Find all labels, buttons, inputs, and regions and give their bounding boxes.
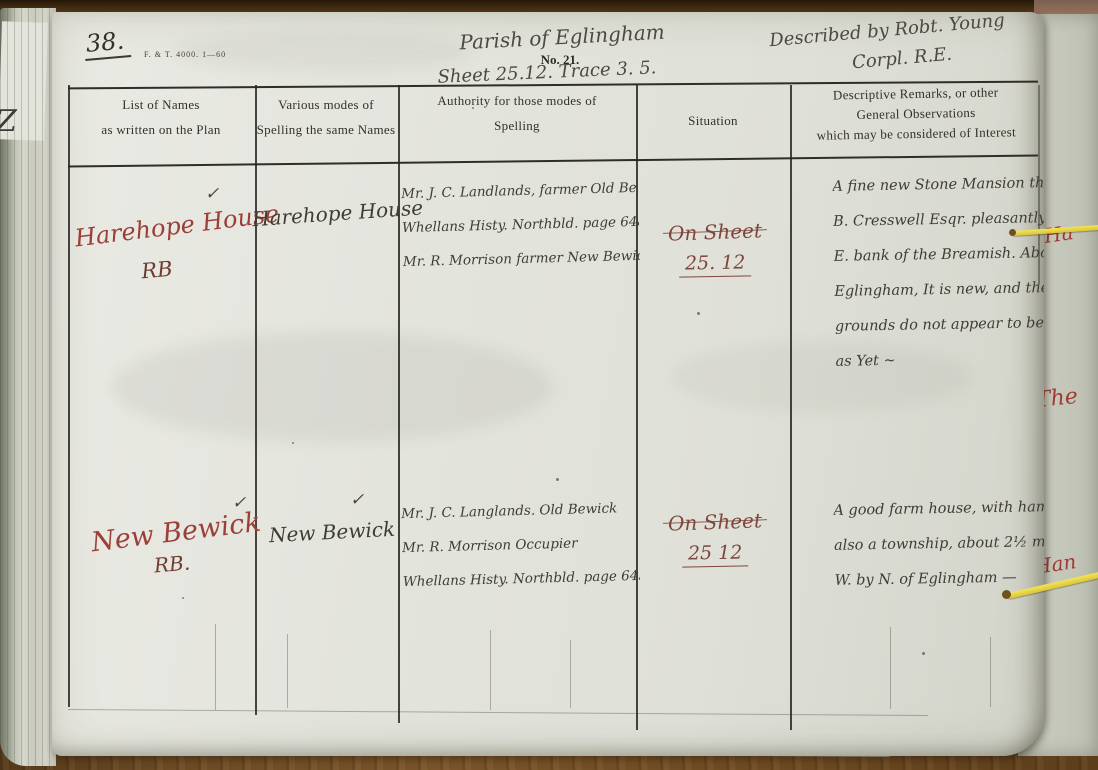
- column-header-line: List of Names: [76, 92, 246, 117]
- entry-situation: On Sheet 25. 12: [650, 220, 780, 277]
- tick-mark: ✓: [350, 490, 364, 510]
- column-divider: [255, 85, 257, 715]
- table-header-rule: [68, 154, 1038, 167]
- name-book-page: 38. F. & T. 4000. 1—60 Parish of Eglingh…: [52, 12, 1044, 756]
- show-through-smudge: [112, 332, 552, 442]
- entry-authorities: Mr. J. C. Langlands. Old Bewick Mr. R. M…: [401, 491, 641, 599]
- situation-sheet-number: 25 12: [682, 541, 749, 567]
- show-through-line: [990, 637, 991, 707]
- situation-sheet-label: On Sheet: [668, 508, 763, 535]
- parish-title: Parish of Eglingham: [412, 17, 713, 57]
- entry-authorities: Mr. J. C. Landlands, farmer Old Bewick W…: [401, 171, 641, 279]
- remark-line: Eglingham, It is new, and the ornamental: [834, 271, 1044, 310]
- column-header-various-modes: Various modes of Spelling the same Names: [236, 92, 416, 142]
- entry-remarks: A good farm house, with hamlet &c also a…: [833, 490, 1044, 599]
- table-bottom-rule: [68, 709, 928, 716]
- column-divider: [398, 85, 400, 723]
- described-by-line: Described by Robt. Young: [742, 12, 1033, 54]
- table-left-border: [68, 85, 70, 707]
- remark-line: A fine new Stone Mansion the Seat of O.: [832, 166, 1044, 205]
- column-header-list-of-names: List of Names as written on the Plan: [76, 92, 246, 142]
- column-header-remarks: Descriptive Remarks, or other General Ob…: [793, 82, 1038, 146]
- tick-mark: ✓: [205, 184, 219, 204]
- string-knot: [1009, 229, 1016, 236]
- remark-line: as Yet ~: [835, 341, 1044, 380]
- show-through-line: [287, 634, 288, 708]
- authority-line: Whellans Histy. Northbld. page 645: [402, 559, 640, 599]
- column-header-line: Various modes of: [236, 92, 416, 117]
- describer-rank-line: Corpl. R.E.: [831, 42, 972, 75]
- column-header-line: Spelling: [407, 113, 627, 138]
- situation-sheet-label: On Sheet: [668, 218, 763, 245]
- show-through-line: [890, 627, 891, 709]
- column-header-situation: Situation: [653, 108, 773, 133]
- remark-line: grounds do not appear to be all laid out: [835, 306, 1044, 345]
- entry-initials: RB: [111, 254, 203, 286]
- show-through-line: [490, 630, 491, 710]
- column-header-line: which may be considered of Interest: [794, 122, 1038, 146]
- left-edge-partial-character: Z: [0, 104, 17, 139]
- situation-sheet-number: 25. 12: [679, 251, 752, 277]
- printer-mark: F. & T. 4000. 1—60: [144, 50, 226, 59]
- column-header-line: as written on the Plan: [76, 117, 246, 142]
- column-header-line: Spelling the same Names: [236, 117, 416, 142]
- column-header-line: Authority for those modes of: [407, 88, 627, 113]
- column-divider: [790, 85, 792, 730]
- adjacent-page-text-fragment: Ha: [1042, 220, 1074, 248]
- entry-remarks: A fine new Stone Mansion the Seat of O. …: [832, 166, 1044, 380]
- left-page-stack-edge: Z: [0, 8, 56, 766]
- entry-situation: On Sheet 25 12: [650, 510, 780, 567]
- remark-line: E. bank of the Breamish. About a mile N.…: [833, 236, 1044, 275]
- remark-line: also a township, about 2½ miles: [834, 525, 1044, 564]
- page-number: 38.: [83, 26, 132, 61]
- column-header-authority: Authority for those modes of Spelling: [407, 88, 627, 138]
- remark-line: A good farm house, with hamlet &c: [833, 490, 1044, 529]
- show-through-line: [570, 640, 571, 708]
- authority-line: Mr. R. Morrison farmer New Bewick: [402, 239, 640, 279]
- column-header-line: Situation: [653, 108, 773, 133]
- authority-line: Mr. J. C. Langlands. Old Bewick: [401, 491, 639, 531]
- show-through-line: [215, 624, 216, 710]
- string-knot: [1002, 590, 1011, 599]
